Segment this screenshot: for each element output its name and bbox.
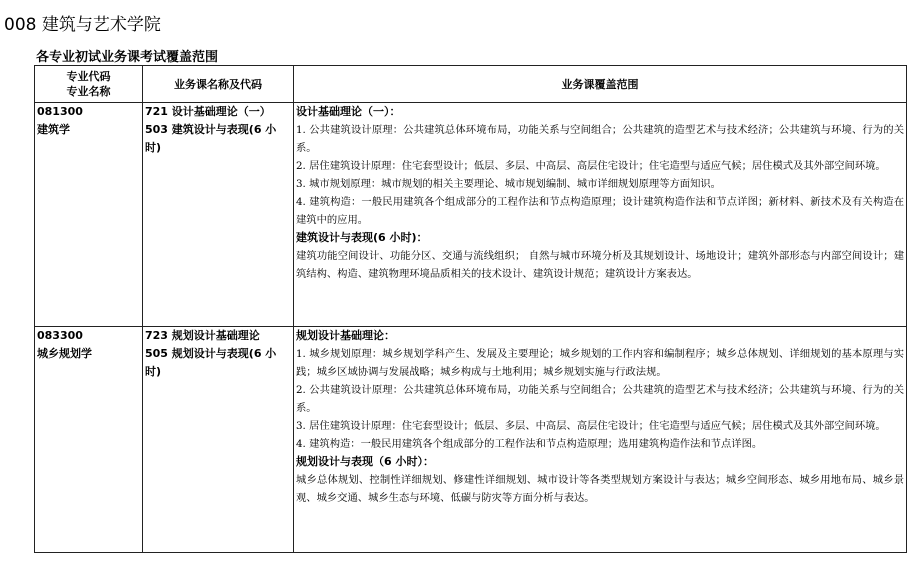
scope-paragraph: 建筑功能空间设计、功能分区、交通与流线组织； 自然与城市环境分析及其规划设计、场… [296, 247, 904, 283]
college-title: 008 建筑与艺术学院 [4, 10, 161, 35]
scope-paragraph: 1. 城乡规划原理：城乡规划学科产生、发展及主要理论；城乡规划的工作内容和编制程… [296, 345, 904, 381]
course-cell: 721 设计基础理论（一） 503 建筑设计与表现(6 小时) [143, 103, 294, 327]
header-major-code: 专业代码 [37, 69, 140, 84]
scope-paragraph: 2. 公共建筑设计原理：公共建筑总体环境布局，功能关系与空间组合；公共建筑的造型… [296, 381, 904, 417]
scope-paragraph: 3. 居住建筑设计原理：住宅套型设计；低层、多层、中高层、高层住宅设计；住宅造型… [296, 417, 904, 435]
scope-paragraph: 3. 城市规划原理：城市规划的相关主要理论、城市规划编制、城市详细规划原理等方面… [296, 175, 904, 193]
scope-heading: 规划设计与表现（6 小时）： [296, 453, 904, 471]
table-header-row: 专业代码 专业名称 业务课名称及代码 业务课覆盖范围 [35, 66, 907, 103]
scope-cell: 规划设计基础理论： 1. 城乡规划原理：城乡规划学科产生、发展及主要理论；城乡规… [294, 327, 907, 553]
header-major: 专业代码 专业名称 [35, 66, 143, 103]
course-item: 505 规划设计与表现(6 小时) [145, 345, 291, 381]
major-code: 083300 [37, 327, 140, 345]
scope-cell: 设计基础理论（一）： 1. 公共建筑设计原理：公共建筑总体环境布局，功能关系与空… [294, 103, 907, 327]
header-scope: 业务课覆盖范围 [294, 66, 907, 103]
course-item: 723 规划设计基础理论 [145, 327, 291, 345]
course-item: 721 设计基础理论（一） [145, 103, 291, 121]
scope-paragraph: 4. 建筑构造：一般民用建筑各个组成部分的工程作法和节点构造原理；选用建筑构造作… [296, 435, 904, 453]
course-item: 503 建筑设计与表现(6 小时) [145, 121, 291, 157]
major-name: 建筑学 [37, 121, 140, 139]
scope-heading: 设计基础理论（一）： [296, 103, 904, 121]
major-name: 城乡规划学 [37, 345, 140, 363]
scope-paragraph: 2. 居住建筑设计原理：住宅套型设计；低层、多层、中高层、高层住宅设计；住宅造型… [296, 157, 904, 175]
scope-paragraph: 城乡总体规划、控制性详细规划、修建性详细规划、城市设计等各类型规划方案设计与表达… [296, 471, 904, 507]
table-row: 083300 城乡规划学 723 规划设计基础理论 505 规划设计与表现(6 … [35, 327, 907, 553]
section-title: 各专业初试业务课考试覆盖范围 [36, 46, 218, 65]
major-cell: 083300 城乡规划学 [35, 327, 143, 553]
scope-heading: 规划设计基础理论： [296, 327, 904, 345]
header-major-name: 专业名称 [37, 84, 140, 99]
coverage-table: 专业代码 专业名称 业务课名称及代码 业务课覆盖范围 081300 建筑学 72… [34, 65, 907, 553]
scope-heading: 建筑设计与表现(6 小时)： [296, 229, 904, 247]
scope-paragraph: 1. 公共建筑设计原理：公共建筑总体环境布局，功能关系与空间组合；公共建筑的造型… [296, 121, 904, 157]
major-cell: 081300 建筑学 [35, 103, 143, 327]
major-code: 081300 [37, 103, 140, 121]
header-course: 业务课名称及代码 [143, 66, 294, 103]
scope-paragraph: 4. 建筑构造：一般民用建筑各个组成部分的工程作法和节点构造原理；设计建筑构造作… [296, 193, 904, 229]
course-cell: 723 规划设计基础理论 505 规划设计与表现(6 小时) [143, 327, 294, 553]
table-row: 081300 建筑学 721 设计基础理论（一） 503 建筑设计与表现(6 小… [35, 103, 907, 327]
